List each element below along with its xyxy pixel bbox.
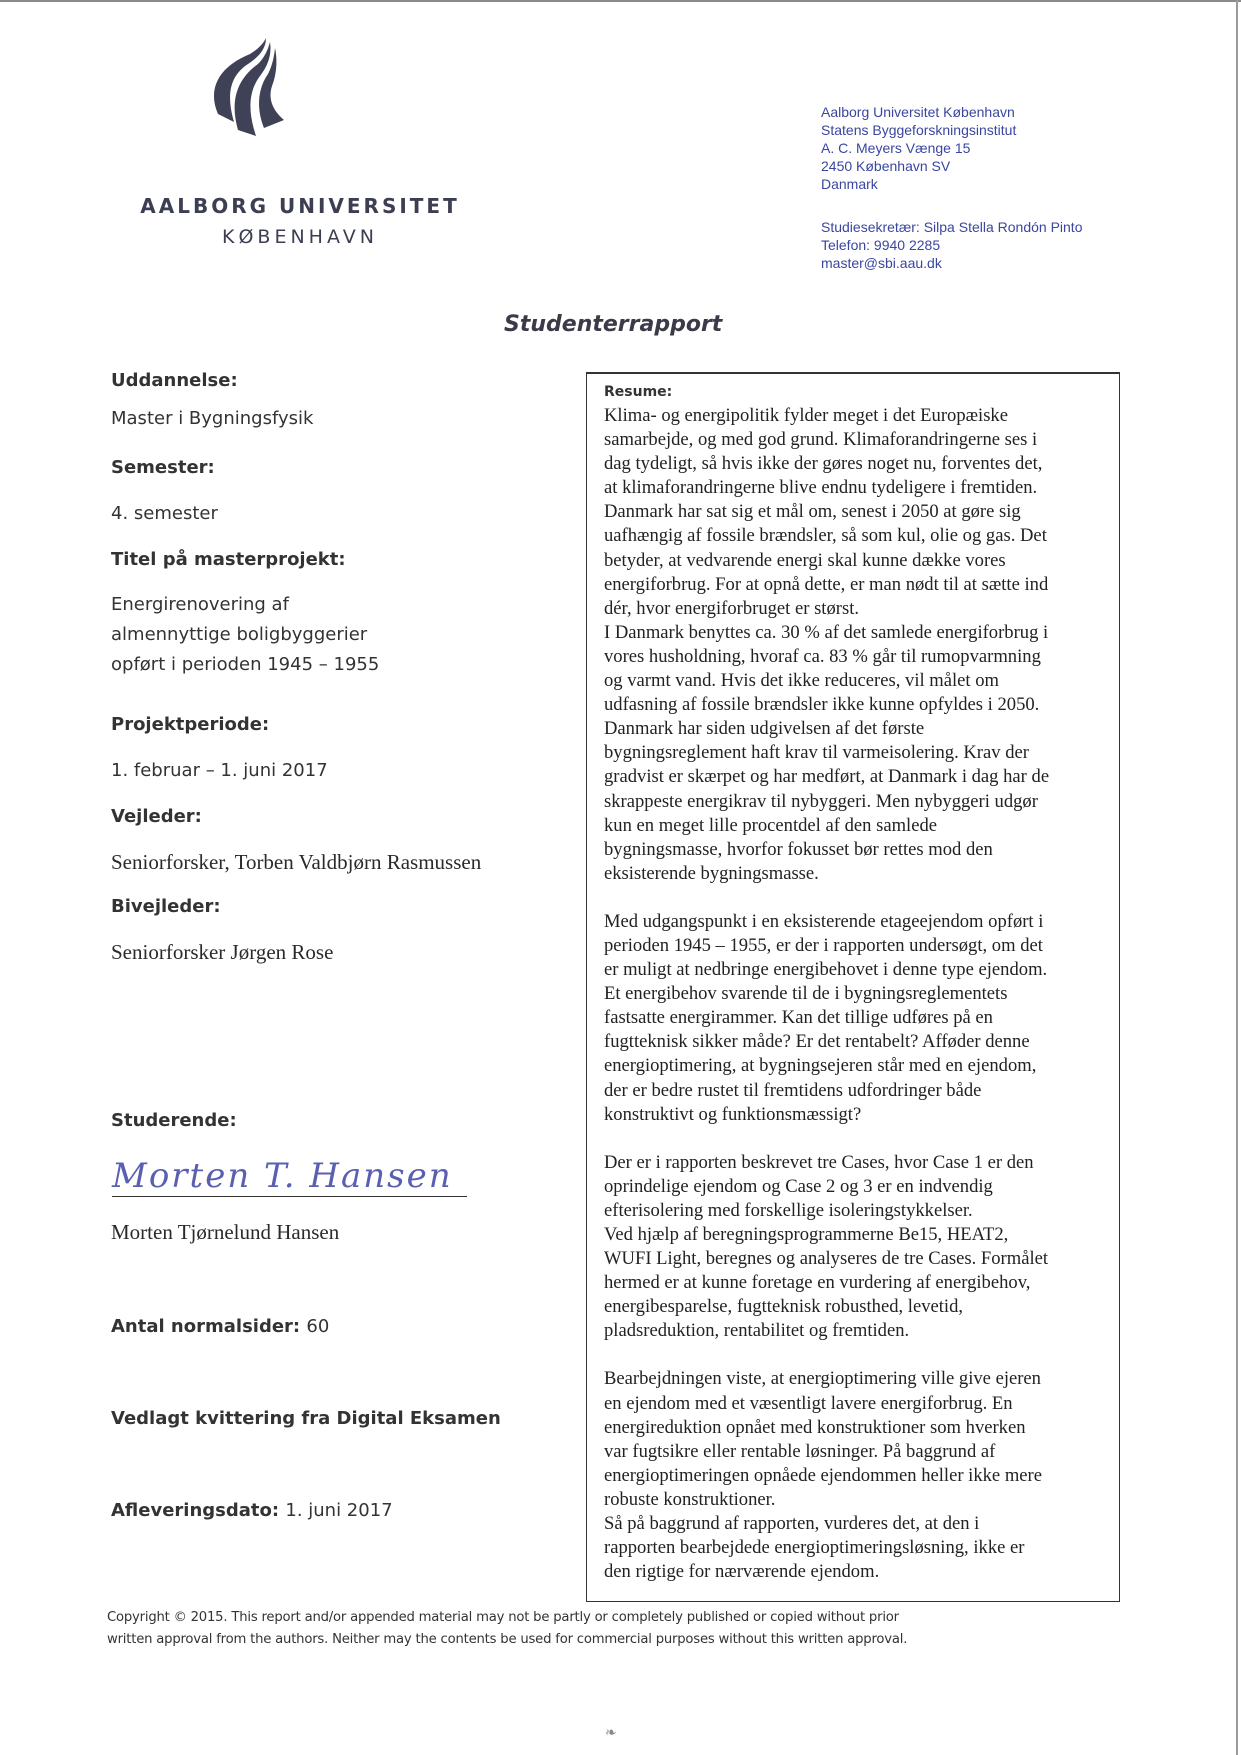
kvittering-note: Vedlagt kvittering fra Digital Eksamen xyxy=(111,1408,501,1429)
studerende-name: Morten Tjørnelund Hansen xyxy=(111,1220,339,1245)
resume-line: Et energibehov svarende til de i bygning… xyxy=(604,982,1114,1006)
resume-line: efterisolering med forskellige isolering… xyxy=(604,1199,1114,1223)
resume-line: og varmt vand. Hvis det ikke reduceres, … xyxy=(604,669,1114,693)
address-line: Aalborg Universitet København xyxy=(821,103,1016,121)
semester-label: Semester: xyxy=(111,457,215,478)
afleveringsdato-value: 1. juni 2017 xyxy=(285,1500,392,1521)
resume-line: Så på baggrund af rapporten, vurderes de… xyxy=(604,1512,1114,1536)
resume-line: Danmark har sat sig et mål om, senest i … xyxy=(604,500,1114,524)
resume-line: vores husholdning, hvoraf ca. 83 % går t… xyxy=(604,645,1114,669)
bivejleder-label: Bivejleder: xyxy=(111,896,221,917)
titel-label: Titel på masterprojekt: xyxy=(111,549,346,570)
resume-line: I Danmark benyttes ca. 30 % af det samle… xyxy=(604,621,1114,645)
resume-line: dér, hvor energiforbruget er størst. xyxy=(604,597,1114,621)
resume-line: Bearbejdningen viste, at energioptimerin… xyxy=(604,1367,1114,1391)
university-name: AALBORG UNIVERSITET xyxy=(100,194,500,218)
signature: Morten T. Hansen xyxy=(112,1156,467,1197)
normalsider-row: Antal normalsider: 60 xyxy=(111,1316,329,1337)
university-city: KØBENHAVN xyxy=(100,226,500,248)
uddannelse-value: Master i Bygningsfysik xyxy=(111,408,313,429)
scan-edge-top xyxy=(0,0,1241,2)
page-title: Studenterrapport xyxy=(504,312,722,337)
resume-line: gradvist er skærpet og har medført, at D… xyxy=(604,765,1114,789)
resume-line: energioptimering, at bygningsejeren står… xyxy=(604,1054,1114,1078)
scan-edge-right xyxy=(1236,0,1238,1755)
resume-line: WUFI Light, beregnes og analyseres de tr… xyxy=(604,1247,1114,1271)
resume-line: dag tydeligt, så hvis ikke der gøres nog… xyxy=(604,452,1114,476)
semester-value: 4. semester xyxy=(111,503,218,524)
resume-line: Ved hjælp af beregningsprogrammerne Be15… xyxy=(604,1223,1114,1247)
resume-line: fugtteknisk sikker måde? Er det rentabel… xyxy=(604,1030,1114,1054)
studerende-label: Studerende: xyxy=(111,1110,237,1131)
resume-line: fastsatte energirammer. Kan det tillige … xyxy=(604,1006,1114,1030)
resume-line: en ejendom med et væsentligt lavere ener… xyxy=(604,1392,1114,1416)
resume-line: bygningsreglement haft krav til varmeiso… xyxy=(604,741,1114,765)
resume-line: Danmark har siden udgivelsen af det førs… xyxy=(604,717,1114,741)
resume-paragraph: Bearbejdningen viste, at energioptimerin… xyxy=(604,1367,1114,1584)
copyright-notice: Copyright © 2015. This report and/or app… xyxy=(107,1607,1117,1651)
resume-line: uafhængig af fossile brændsler, så som k… xyxy=(604,524,1114,548)
resume-line: samarbejde, og med god grund. Klimaforan… xyxy=(604,428,1114,452)
resume-line: energibesparelse, fugtteknisk robusthed,… xyxy=(604,1295,1114,1319)
resume-line: Med udgangspunkt i en eksisterende etage… xyxy=(604,910,1114,934)
resume-paragraph: Der er i rapporten beskrevet tre Cases, … xyxy=(604,1151,1114,1344)
resume-line: betyder, at vedvarende energi skal kunne… xyxy=(604,549,1114,573)
resume-line: udfasning af fossile brændsler ikke kunn… xyxy=(604,693,1114,717)
secretary-line: Studiesekretær: Silpa Stella Rondón Pint… xyxy=(821,218,1082,236)
afleveringsdato-label: Afleveringsdato: xyxy=(111,1500,279,1521)
resume-line: bygningsmasse, hvorfor fokusset bør rett… xyxy=(604,838,1114,862)
address-line: 2450 København SV xyxy=(821,157,1016,175)
scan-artifact-mark: ❧ xyxy=(605,1724,617,1741)
aau-wave-logo-icon xyxy=(198,36,308,136)
resume-line: den rigtige for nærværende ejendom. xyxy=(604,1560,1114,1584)
address-line: A. C. Meyers Vænge 15 xyxy=(821,139,1016,157)
resume-line: energiforbrug. For at opnå dette, er man… xyxy=(604,573,1114,597)
bivejleder-value: Seniorforsker Jørgen Rose xyxy=(111,940,333,965)
vejleder-label: Vejleder: xyxy=(111,806,202,827)
copyright-line: Copyright © 2015. This report and/or app… xyxy=(107,1607,1117,1629)
resume-line: hermed er at kunne foretage en vurdering… xyxy=(604,1271,1114,1295)
resume-line: rapporten bearbejdede energioptimeringsl… xyxy=(604,1536,1114,1560)
resume-line: Der er i rapporten beskrevet tre Cases, … xyxy=(604,1151,1114,1175)
vejleder-value: Seniorforsker, Torben Valdbjørn Rasmusse… xyxy=(111,850,481,875)
resume-line: skrappeste energikrav til nybyggeri. Men… xyxy=(604,790,1114,814)
resume-line: eksisterende bygningsmasse. xyxy=(604,862,1114,886)
resume-line: er muligt at nedbringe energibehovet i d… xyxy=(604,958,1114,982)
resume-label: Resume: xyxy=(604,384,672,400)
resume-text: Klima- og energipolitik fylder meget i d… xyxy=(604,404,1114,1584)
resume-line: at klimaforandringerne blive endnu tydel… xyxy=(604,476,1114,500)
resume-paragraph: Med udgangspunkt i en eksisterende etage… xyxy=(604,910,1114,1127)
address-line: Danmark xyxy=(821,175,1016,193)
afleveringsdato-row: Afleveringsdato: 1. juni 2017 xyxy=(111,1500,393,1521)
resume-line: var fugtsikre eller rentable løsninger. … xyxy=(604,1440,1114,1464)
address-block: Aalborg Universitet København Statens By… xyxy=(821,103,1016,193)
resume-line: energireduktion opnået med konstruktione… xyxy=(604,1416,1114,1440)
projektperiode-value: 1. februar – 1. juni 2017 xyxy=(111,760,328,781)
titel-line: almennyttige boligbyggerier xyxy=(111,624,367,645)
resume-line: robuste konstruktioner. xyxy=(604,1488,1114,1512)
address-line: Statens Byggeforskningsinstitut xyxy=(821,121,1016,139)
resume-line: konstruktivt og funktionsmæssigt? xyxy=(604,1103,1114,1127)
titel-line: Energirenovering af xyxy=(111,594,289,615)
titel-line: opført i perioden 1945 – 1955 xyxy=(111,654,379,675)
resume-line: kun en meget lille procentdel af den sam… xyxy=(604,814,1114,838)
uddannelse-label: Uddannelse: xyxy=(111,370,238,391)
projektperiode-label: Projektperiode: xyxy=(111,714,269,735)
email-link[interactable]: master@sbi.aau.dk xyxy=(821,254,1082,272)
resume-line: der er bedre rustet til fremtidens udfor… xyxy=(604,1079,1114,1103)
copyright-line: written approval from the authors. Neith… xyxy=(107,1629,1117,1651)
normalsider-label: Antal normalsider: xyxy=(111,1316,300,1337)
contact-block: Studiesekretær: Silpa Stella Rondón Pint… xyxy=(821,218,1082,272)
resume-line: energioptimeringen opnåede ejendommen he… xyxy=(604,1464,1114,1488)
resume-line: Klima- og energipolitik fylder meget i d… xyxy=(604,404,1114,428)
resume-line: pladsreduktion, rentabilitet og fremtide… xyxy=(604,1319,1114,1343)
resume-paragraph: Klima- og energipolitik fylder meget i d… xyxy=(604,404,1114,886)
normalsider-value: 60 xyxy=(306,1316,329,1337)
phone-line: Telefon: 9940 2285 xyxy=(821,236,1082,254)
resume-line: oprindelige ejendom og Case 2 og 3 er en… xyxy=(604,1175,1114,1199)
resume-line: perioden 1945 – 1955, er der i rapporten… xyxy=(604,934,1114,958)
